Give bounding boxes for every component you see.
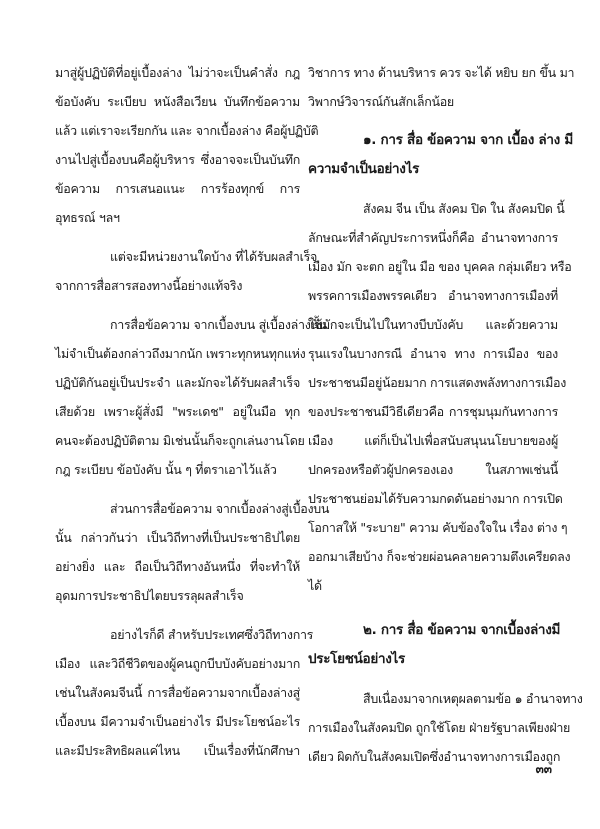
text-line: เมือง และวิถีชีวิตของผู้คนถูกบีบบังคับอย… <box>55 649 300 678</box>
spacer <box>308 600 558 616</box>
text-line: เช่นในสังคมจีนนี้ การสื่อข้อความจากเบื้อ… <box>55 678 300 707</box>
text-line: วิพากษ์วิจารณ์กันสักเล็กน้อย <box>308 87 558 116</box>
text-line: พรรคการเมืองพรรคเดียว อำนาจทางการเมืองที… <box>308 281 558 310</box>
text-line: ของประชาชนมีวิธีเดียวคือ การชุมนุมกันทาง… <box>308 397 558 426</box>
text-line: รุนแรงในบางกรณี อำนาจ ทาง การเมือง ของ <box>308 339 558 368</box>
spacer <box>55 232 300 242</box>
spacer <box>308 116 558 126</box>
document-page: มาสู่ผู้ปฏิบัติที่อยู่เบื้องล่าง ไม่ว่าจ… <box>0 0 600 829</box>
paragraph: สืบเนื่องมาจากเหตุผลตามข้อ ๑ อำนาจทาง กา… <box>308 684 558 771</box>
paragraph: อย่างไรก็ดี สำหรับประเทศซึ่งวิถีทางการ เ… <box>55 620 300 765</box>
text-line: งานไปสู่เบื้องบนคือผู้บริหาร ซึ่งอาจจะเป… <box>55 145 300 174</box>
text-line: อุดมการประชาธิปไตยบรรลุผลสำเร็จ <box>55 581 300 610</box>
text-line: สังคม จีน เป็น สังคม ปิด ใน สังคมปิด นี้ <box>308 194 558 223</box>
text-line: โอกาสให้ "ระบาย" ความ คับข้องใจใน เรื่อง… <box>308 513 558 542</box>
text-line: เสียด้วย เพราะผู้สั่งมี "พระเดช" อยู่ในม… <box>55 397 300 426</box>
text-line: ไม่จำเป็นต้องกล่าวถึงมากนัก เพราะทุกหนทุ… <box>55 339 300 368</box>
heading-line: ประโยชน์อย่างไร <box>308 645 558 674</box>
text-line: จากการสื่อสารสองทางนี้อย่างแท้จริง <box>55 271 300 300</box>
text-line: ปกครองหรือตัวผู้ปกครองเอง ในสภาพเช่นนี้ <box>308 455 558 484</box>
text-line: ปฏิบัติกันอยู่เป็นประจำ และมักจะได้รับผล… <box>55 368 300 397</box>
spacer <box>308 184 558 194</box>
paragraph: การสื่อข้อความ จากเบื้องบน สู่เบื้องล่าง… <box>55 310 300 484</box>
text-line: และมีประสิทธิผลแค่ไหน เป็นเรื่องที่นักศึ… <box>55 736 300 765</box>
section-heading: ๒. การ สื่อ ข้อความ จากเบื้องล่างมี ประโ… <box>308 616 558 674</box>
text-line: สืบเนื่องมาจากเหตุผลตามข้อ ๑ อำนาจทาง <box>308 684 558 713</box>
text-line: ข้อความ การเสนอแนะ การร้องทุกข์ การ <box>55 174 300 203</box>
text-line: อย่างไรก็ดี สำหรับประเทศซึ่งวิถีทางการ <box>55 620 300 649</box>
text-line: มาสู่ผู้ปฏิบัติที่อยู่เบื้องล่าง ไม่ว่าจ… <box>55 58 300 87</box>
text-line: อุทธรณ์ ฯลฯ <box>55 203 300 232</box>
text-line: วิชาการ ทาง ด้านบริหาร ควร จะได้ หยิบ ยก… <box>308 58 558 87</box>
left-column: มาสู่ผู้ปฏิบัติที่อยู่เบื้องล่าง ไม่ว่าจ… <box>55 58 300 765</box>
text-line: แล้ว แต่เราจะเรียกกัน และ จากเบื้องล่าง … <box>55 116 300 145</box>
text-line: คนจะต้องปฏิบัติตาม มิเช่นนั้นก็จะถูกเล่น… <box>55 426 300 455</box>
spacer <box>55 300 300 310</box>
right-column: วิชาการ ทาง ด้านบริหาร ควร จะได้ หยิบ ยก… <box>308 58 558 771</box>
text-line: ประชาชนมีอยู่น้อยมาก การแสดงพลังทางการเม… <box>308 368 558 397</box>
text-line: เดียว ผิดกับในสังคมเปิดซึ่งอำนาจทางการเม… <box>308 742 558 771</box>
text-line: อย่างยิ่ง และ ถือเป็นวิถีทางอันหนึ่ง ที่… <box>55 552 300 581</box>
paragraph: ส่วนการสื่อข้อความ จากเบื้องล่างสู่เบื้อ… <box>55 494 300 610</box>
paragraph: มาสู่ผู้ปฏิบัติที่อยู่เบื้องล่าง ไม่ว่าจ… <box>55 58 300 232</box>
paragraph: วิชาการ ทาง ด้านบริหาร ควร จะได้ หยิบ ยก… <box>308 58 558 116</box>
text-line: เมือง มัก จะตก อยู่ใน มือ ของ บุคคล กลุ่… <box>308 252 558 281</box>
heading-line: ๒. การ สื่อ ข้อความ จากเบื้องล่างมี <box>308 616 558 645</box>
text-line: เมือง แต่ก็เป็นไปเพื่อสนับสนุนนโยบายของผ… <box>308 426 558 455</box>
text-line: ส่วนการสื่อข้อความ จากเบื้องล่างสู่เบื้อ… <box>55 494 300 523</box>
text-line: ได้ <box>308 571 558 600</box>
spacer <box>55 610 300 620</box>
page-number: ๓๓ <box>536 760 552 779</box>
paragraph: แต่จะมีหน่วยงานใดบ้าง ที่ได้รับผลสำเร็จ … <box>55 242 300 300</box>
text-line: ลักษณะที่สำคัญประการหนึ่งก็คือ อำนาจทางก… <box>308 223 558 252</box>
text-line: แต่จะมีหน่วยงานใดบ้าง ที่ได้รับผลสำเร็จ <box>55 242 300 271</box>
text-line: ประชาชนย่อมได้รับความกดดันอย่างมาก การเป… <box>308 484 558 513</box>
text-line: การสื่อข้อความ จากเบื้องบน สู่เบื้องล่าง… <box>55 310 300 339</box>
spacer <box>308 674 558 684</box>
spacer <box>55 484 300 494</box>
text-line: การเมืองในสังคมปิด ถูกใช้โดย ฝ่ายรัฐบาลเ… <box>308 713 558 742</box>
text-line: นั้น กล่าวกันว่า เป็นวิถีทางที่เป็นประชา… <box>55 523 300 552</box>
text-line: กฎ ระเบียบ ข้อบังคับ นั้น ๆ ที่ตราเอาไว้… <box>55 455 300 484</box>
section-heading: ๑. การ สื่อ ข้อความ จาก เบื้อง ล่าง มี ค… <box>308 126 558 184</box>
text-line: ข้อบังคับ ระเบียบ หนังสือเวียน บันทึกข้อ… <box>55 87 300 116</box>
heading-line: ความจำเป็นอย่างไร <box>308 155 558 184</box>
text-line: เบื้องบน มีความจำเป็นอย่างไร มีประโยชน์อ… <box>55 707 300 736</box>
text-line: ออกมาเสียบ้าง ก็จะช่วยผ่อนคลายความตึงเคร… <box>308 542 558 571</box>
text-line: ใช้มักจะเป็นไปในทางบีบบังคับ และด้วยความ <box>308 310 558 339</box>
paragraph: สังคม จีน เป็น สังคม ปิด ใน สังคมปิด นี้… <box>308 194 558 600</box>
heading-line: ๑. การ สื่อ ข้อความ จาก เบื้อง ล่าง มี <box>308 126 558 155</box>
